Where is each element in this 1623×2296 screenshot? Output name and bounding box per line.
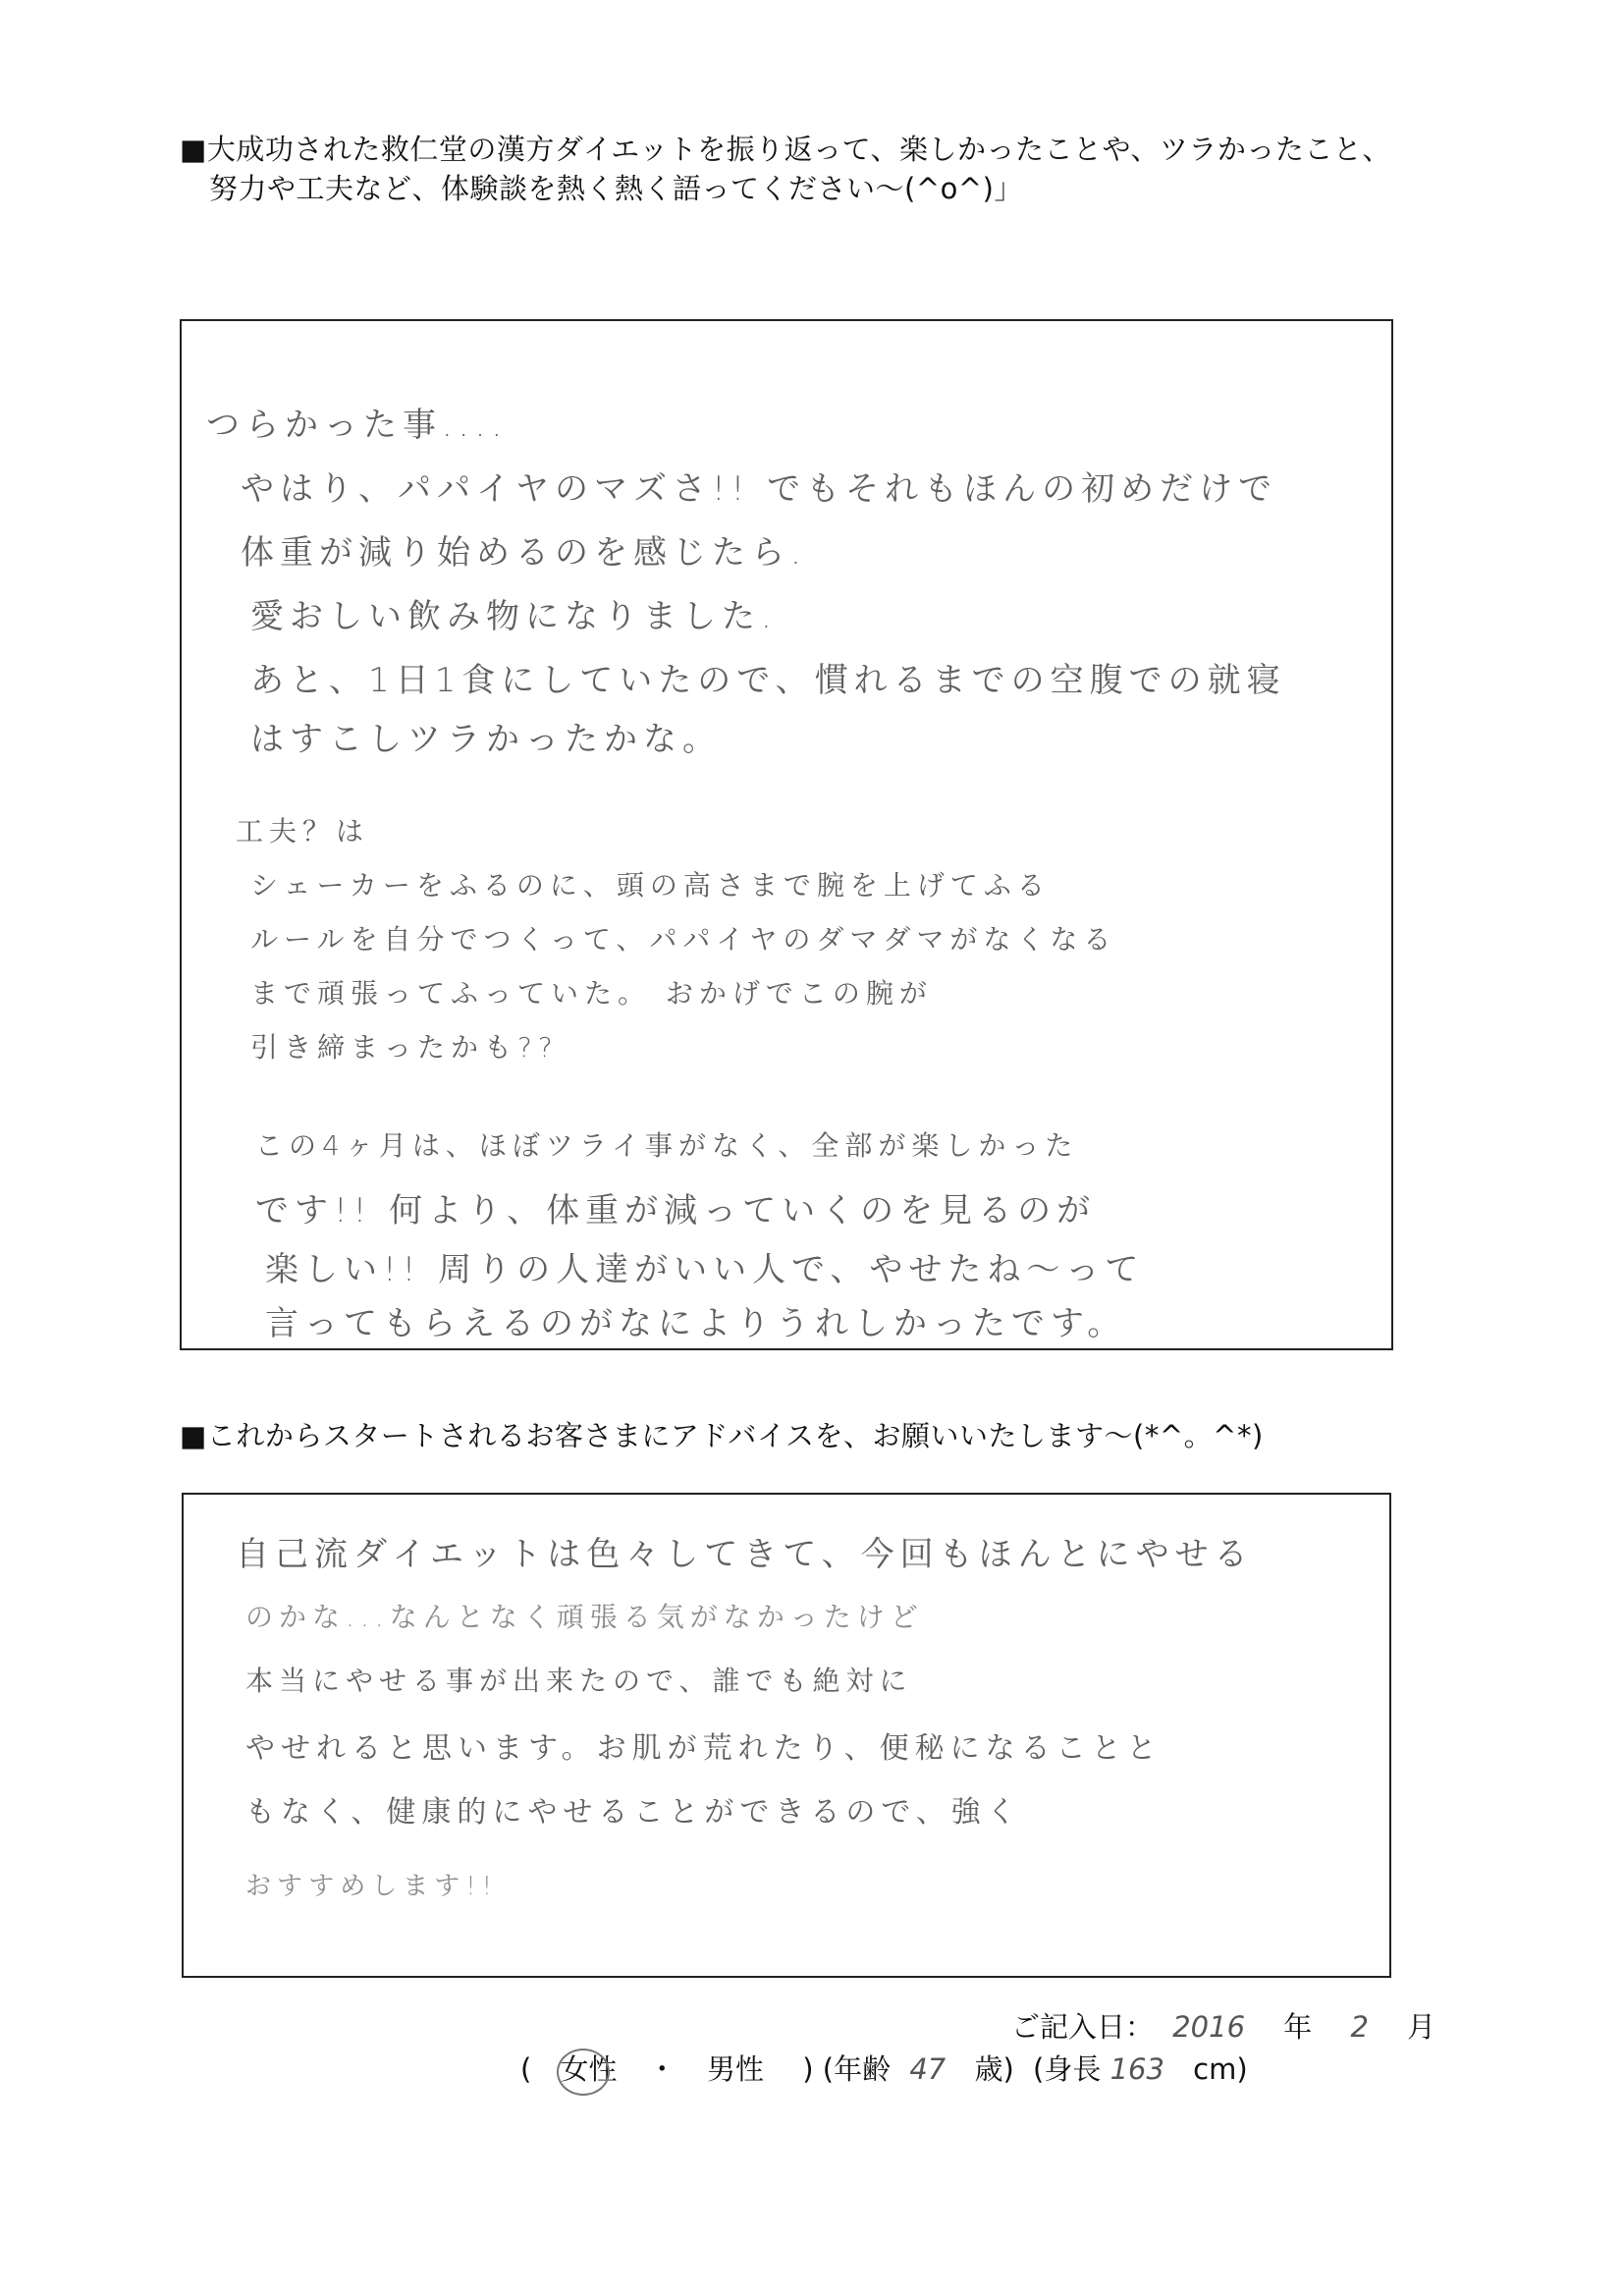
year-label: 年 bbox=[1283, 2010, 1312, 2044]
height-unit: cm) bbox=[1193, 2052, 1248, 2086]
date-label: ご記入日： bbox=[1011, 2010, 1154, 2044]
gender-male-option: 男性 bbox=[707, 2052, 764, 2086]
question-2: ■これからスタートされるお客さまにアドバイスを、お願いいたします～(*^。^*) bbox=[180, 1416, 1264, 1455]
age-unit: 歳) bbox=[974, 2052, 1013, 2086]
selected-circle-mark bbox=[557, 2049, 610, 2096]
answer-1-line: シェーカーをふるのに、頭の高さまで腕を上げてふる bbox=[250, 864, 1051, 903]
answer-1-line: 工夫？は bbox=[236, 810, 369, 849]
open-paren: ( bbox=[520, 2052, 531, 2086]
answer-1-line: 愛おしい飲み物になりました. bbox=[250, 589, 778, 637]
answer-1-line: です!! 何より、体重が減っていくのを見るのが bbox=[255, 1183, 1096, 1231]
answer-1-line: まで頑張ってふっていた。 おかげでこの腕が bbox=[250, 972, 933, 1011]
separator-dot: ・ bbox=[648, 2052, 676, 2086]
answer-1-line: 体重が減り始めるのを感じたら. bbox=[241, 525, 807, 574]
age-label: (年齢 bbox=[823, 2052, 891, 2086]
question-1: ■大成功された救仁堂の漢方ダイエットを振り返って、楽しかったことや、ツラかったこ… bbox=[180, 130, 1391, 208]
question-2-line: ■これからスタートされるお客さまにアドバイスを、お願いいたします～(*^。^*) bbox=[180, 1416, 1264, 1455]
question-1-line-2: 努力や工夫など、体験談を熱く熱く語ってください～(^o^)」 bbox=[180, 169, 1391, 208]
answer-2-line: 自己流ダイエットは色々してきて、今回もほんとにやせる bbox=[236, 1527, 1254, 1575]
height-label: (身長 bbox=[1033, 2052, 1101, 2086]
answer-1-line: 言ってもらえるのがなによりうれしかったです。 bbox=[265, 1296, 1126, 1344]
month-label: 月 bbox=[1407, 2010, 1435, 2044]
answer-2-line: のかな...なんとなく頑張る気がなかったけど bbox=[245, 1596, 924, 1635]
gender-female-option: 女性 bbox=[561, 2052, 626, 2086]
answer-1-line: 楽しい!! 周りの人達がいい人で、やせたね～って bbox=[265, 1242, 1144, 1290]
answer-2-line: やせれると思います。お肌が荒れたり、便秘になることと bbox=[245, 1723, 1163, 1767]
answer-1-line: やはり、パパイヤのマズさ!! でもそれもほんの初めだけで bbox=[241, 462, 1277, 510]
profile-row: ( 女性 ・ 男性 ) (年齢 47 歳) (身長 163 cm) bbox=[520, 2048, 1248, 2088]
close-paren: ) bbox=[802, 2052, 813, 2086]
answer-1-line: 引き締まったかも?? bbox=[250, 1026, 559, 1066]
date-row: ご記入日： 2016 年 2 月 bbox=[1011, 2005, 1435, 2046]
answer-1-line: はすこしツラかったかな。 bbox=[250, 712, 722, 760]
answer-1-line: あと、1日1食にしていたので、慣れるまでの空腹での就寝 bbox=[250, 653, 1286, 701]
answer-1-line: つらかった事.... bbox=[206, 398, 508, 446]
month-value: 2 bbox=[1351, 2010, 1369, 2044]
answer-2-line: おすすめします!! bbox=[245, 1866, 498, 1902]
answer-1-line: この4ヶ月は、ほぼツライ事がなく、全部が楽しかった bbox=[255, 1124, 1078, 1164]
answer-1-line: ルールを自分でつくって、パパイヤのダマダマがなくなる bbox=[250, 918, 1116, 957]
height-value: 163 bbox=[1110, 2052, 1164, 2086]
year-value: 2016 bbox=[1172, 2010, 1245, 2044]
age-value: 47 bbox=[909, 2052, 946, 2086]
answer-2-line: 本当にやせる事が出来たので、誰でも絶対に bbox=[245, 1660, 912, 1699]
answer-2-line: もなく、健康的にやせることができるので、強く bbox=[245, 1787, 1022, 1831]
question-1-line-1: ■大成功された救仁堂の漢方ダイエットを振り返って、楽しかったことや、ツラかったこ… bbox=[180, 130, 1391, 169]
